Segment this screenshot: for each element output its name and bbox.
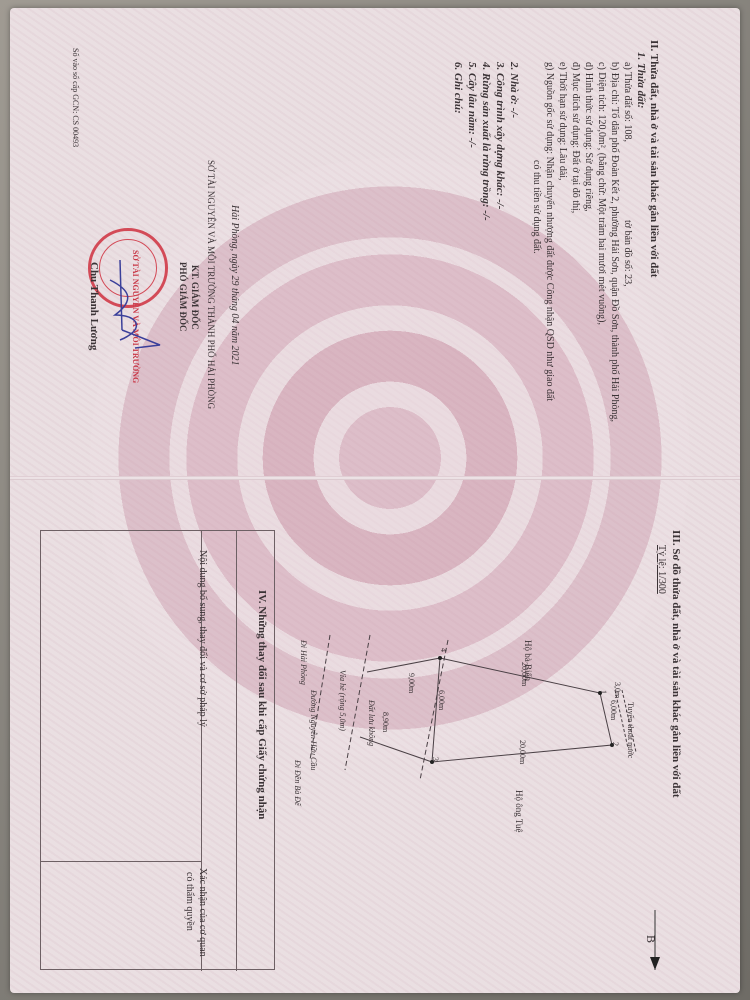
dim-9m: 9,00m xyxy=(407,673,416,693)
road-nguyen-huu-cau: Đường Nguyễn Hữu Cầu xyxy=(309,690,318,770)
road-den-ba-de: Đi Đền Bà Đế xyxy=(293,760,302,806)
changes-table xyxy=(40,530,275,970)
point-4: 4 xyxy=(439,648,448,652)
changes-col-content: Nội dung bổ sung, thay đổi và cơ sở pháp… xyxy=(196,550,208,727)
point-1: 1 xyxy=(599,690,608,694)
changes-col-confirm-1: Xác nhận của cơ quan xyxy=(196,868,208,957)
table-divider xyxy=(41,861,201,862)
dim-6m-front: 6,00m xyxy=(437,690,446,710)
neighbor-tue: Hộ ông Tuệ xyxy=(514,790,524,833)
dim-8-9m: 8,90m xyxy=(381,712,390,732)
road-hai-phong: Đi Hải Phòng xyxy=(299,640,308,685)
dim-6m-back: 6,00m xyxy=(609,700,618,720)
table-title-line xyxy=(236,531,237,971)
drainage-label: Tuyến thoát nước xyxy=(626,702,635,758)
changes-col-confirm-2: có thẩm quyền xyxy=(183,872,195,931)
section4-title: IV. Những thay đổi sau khi cấp Giấy chứn… xyxy=(255,590,268,819)
dim-3m: 3,0m xyxy=(613,682,622,698)
point-3: 3 xyxy=(431,757,440,761)
setback-label: Đất lưu không xyxy=(367,700,376,746)
sidewalk-label: Vỉa hè (rộng 5,0m) xyxy=(338,670,347,731)
dim-bottom: 20,00m xyxy=(518,740,527,764)
point-2: 2 xyxy=(611,742,620,746)
neighbor-bien: Hộ bà Biển xyxy=(523,640,533,681)
